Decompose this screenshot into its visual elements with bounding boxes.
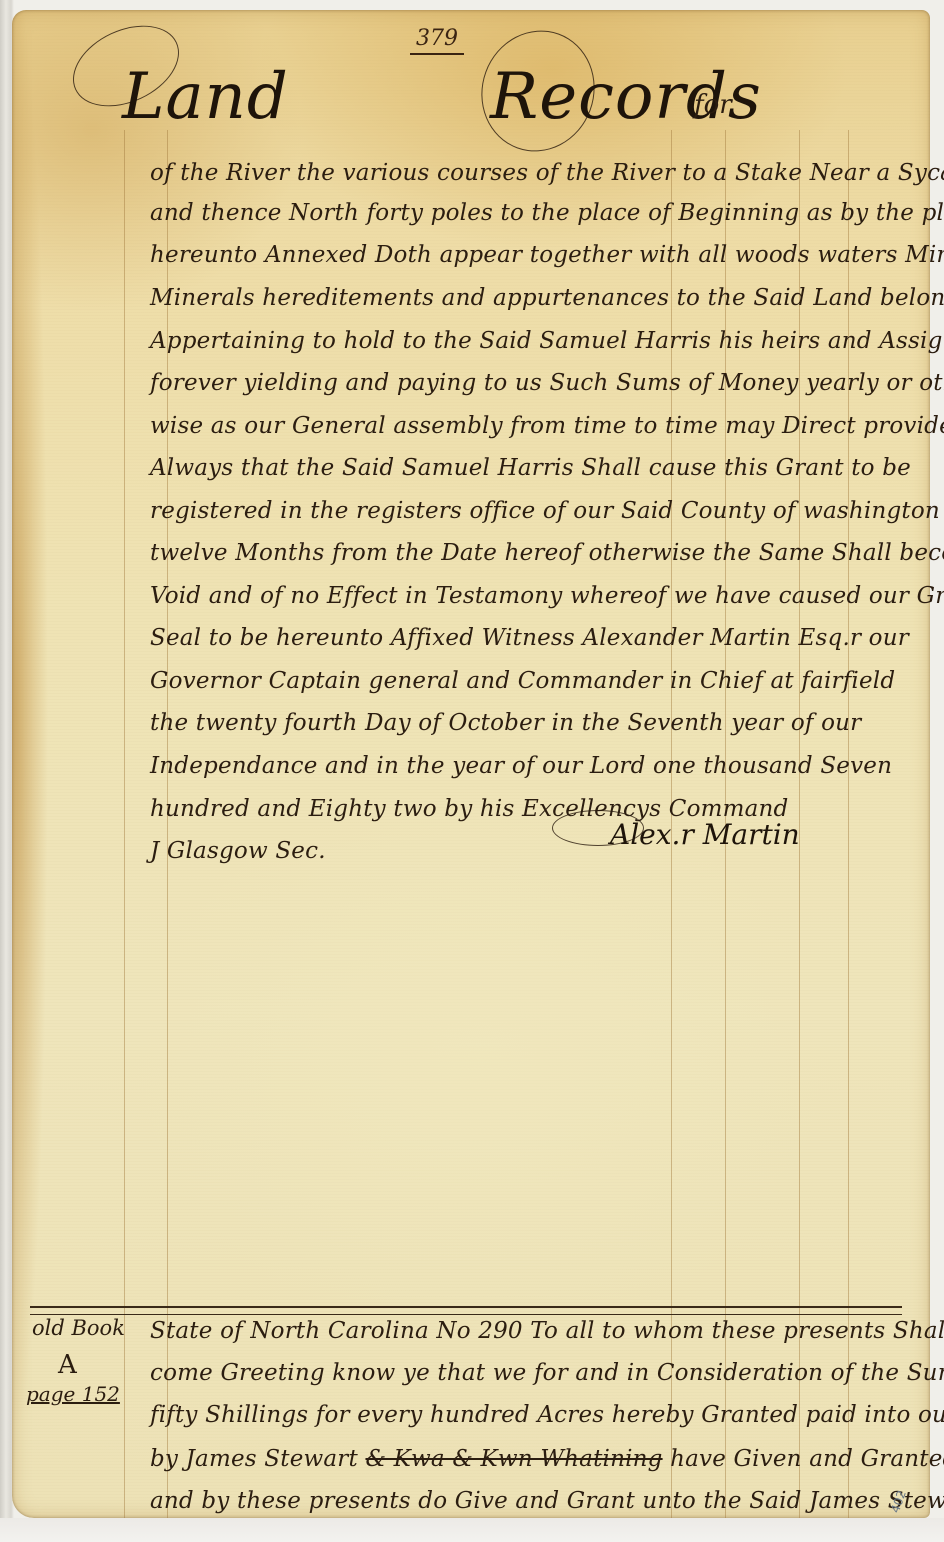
record-line: State of North Carolina No 290 To all to… xyxy=(150,1318,944,1344)
record-line: the twenty fourth Day of October in the … xyxy=(150,710,861,736)
record-line: Minerals hereditements and appurtenances… xyxy=(150,285,944,311)
record-line: J Glasgow Sec. xyxy=(150,838,326,864)
record-line: wise as our General assembly from time t… xyxy=(150,413,944,439)
record-line-end: have Given and Granted xyxy=(670,1446,944,1472)
header-title-land: Land xyxy=(122,60,289,134)
ledger-page: 379 Land Records for of the River the va… xyxy=(12,10,930,1518)
record-line: Seal to be hereunto Affixed Witness Alex… xyxy=(150,625,909,651)
record-line: Always that the Said Samuel Harris Shall… xyxy=(150,455,911,481)
record-line: come Greeting know ye that we for and in… xyxy=(150,1360,944,1386)
record-line: fifty Shillings for every hundred Acres … xyxy=(150,1402,944,1428)
record-line: Appertaining to hold to the Said Samuel … xyxy=(150,328,944,354)
record-line: hereunto Annexed Doth appear together wi… xyxy=(150,242,944,268)
struck-text: & Kwa & Kwn Whatining xyxy=(365,1446,662,1472)
page-number: 379 xyxy=(410,26,464,55)
record-line: forever yielding and paying to us Such S… xyxy=(150,370,944,396)
record-line: Independance and in the year of our Lord… xyxy=(150,753,892,779)
record-line: twelve Months from the Date hereof other… xyxy=(150,540,944,566)
header-title-for: for xyxy=(694,90,732,120)
page-number-value: 379 xyxy=(416,26,458,51)
record-line: by James Stewart & Kwa & Kwn Whatining h… xyxy=(150,1446,944,1472)
margin-note-volume: A xyxy=(58,1350,77,1380)
record-line-start: by James Stewart xyxy=(150,1446,358,1472)
record-line: Void and of no Effect in Testamony where… xyxy=(150,583,944,609)
record-line: of the River the various courses of the … xyxy=(150,160,944,186)
margin-note-page: page 152 xyxy=(26,1382,120,1406)
record-line: registered in the registers office of ou… xyxy=(150,498,944,524)
record-line: and by these presents do Give and Grant … xyxy=(150,1488,944,1514)
record-separator xyxy=(30,1306,902,1315)
record-line: Governor Captain general and Commander i… xyxy=(150,668,895,694)
signature: Alex.r Martin xyxy=(610,818,800,851)
record-line: and thence North forty poles to the plac… xyxy=(150,200,944,226)
scan-bottom-edge xyxy=(0,1518,944,1542)
margin-note-book: old Book xyxy=(32,1316,125,1340)
